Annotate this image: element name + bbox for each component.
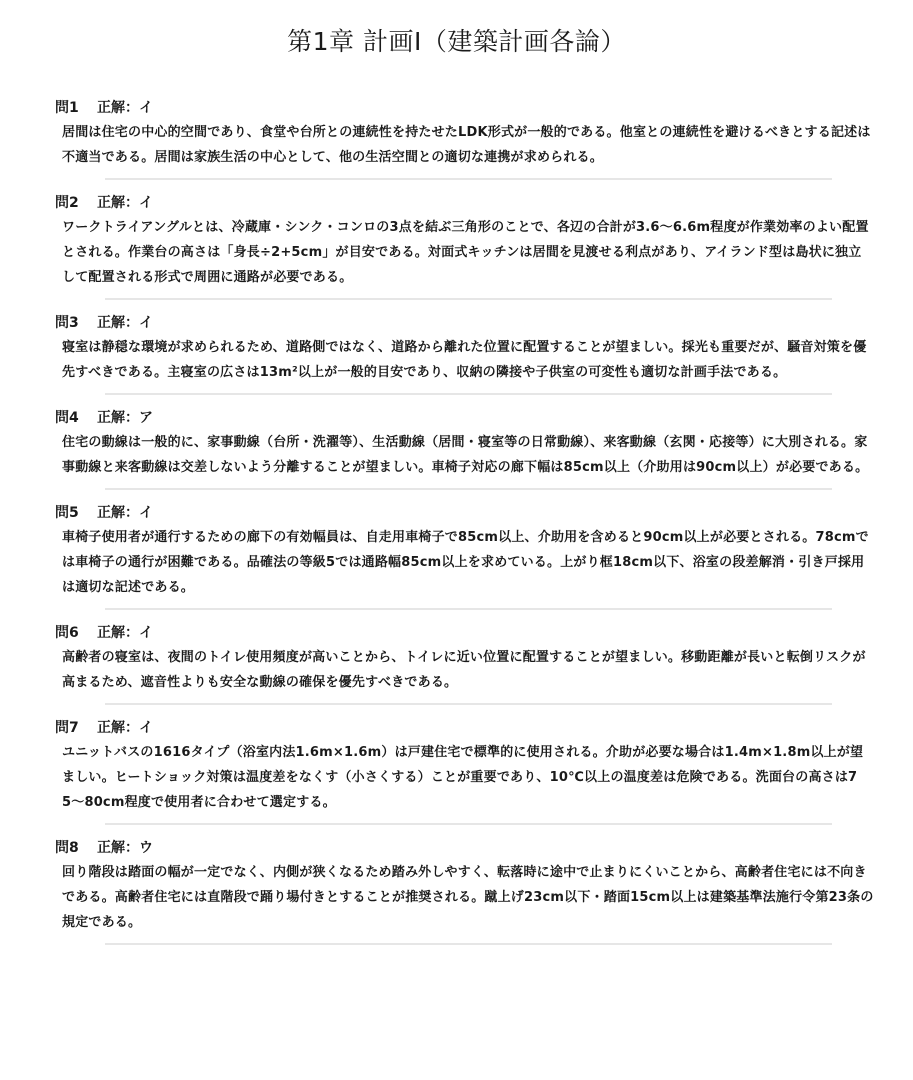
- answer-explanation: 住宅の動線は一般的に、家事動線（台所・洗濯等）、生活動線（居間・寝室等の日常動線…: [62, 430, 874, 480]
- answer-explanation: ユニットバスの1616タイプ（浴室内法1.6m×1.6m）は戸建住宅で標準的に使…: [62, 740, 874, 815]
- divider: [105, 488, 832, 490]
- answer-header: 問1正解：イ: [55, 98, 913, 120]
- answer-explanation: 回り階段は踏面の幅が一定でなく、内側が狭くなるため踏み外しやすく、転落時に途中で…: [62, 860, 874, 935]
- answer-explanation: 車椅子使用者が通行するための廊下の有効幅員は、自走用車椅子で85cm以上、介助用…: [62, 525, 874, 600]
- answer-key-page: 第1章 計画Ⅰ（建築計画各論） 問1正解：イ 居間は住宅の中心的空間であり、食堂…: [0, 0, 913, 1080]
- question-number: 問6: [55, 623, 97, 643]
- question-number: 問2: [55, 193, 97, 213]
- answer-item-8: 問8正解：ウ 回り階段は踏面の幅が一定でなく、内側が狭くなるため踏み外しやすく、…: [0, 838, 913, 945]
- divider: [105, 703, 832, 705]
- correct-answer: 正解：イ: [97, 720, 153, 736]
- answer-explanation: 居間は住宅の中心的空間であり、食堂や台所との連続性を持たせたLDK形式が一般的で…: [62, 120, 874, 170]
- answer-explanation: ワークトライアングルとは、冷蔵庫・シンク・コンロの3点を結ぶ三角形のことで、各辺…: [62, 215, 874, 290]
- answer-item-4: 問4正解：ア 住宅の動線は一般的に、家事動線（台所・洗濯等）、生活動線（居間・寝…: [0, 408, 913, 490]
- question-number: 問1: [55, 98, 97, 118]
- divider: [105, 178, 832, 180]
- divider: [105, 298, 832, 300]
- answer-header: 問2正解：イ: [55, 193, 913, 215]
- correct-answer: 正解：イ: [97, 625, 153, 641]
- correct-answer: 正解：イ: [97, 100, 153, 116]
- answer-explanation: 高齢者の寝室は、夜間のトイレ使用頻度が高いことから、トイレに近い位置に配置するこ…: [62, 645, 874, 695]
- answer-item-2: 問2正解：イ ワークトライアングルとは、冷蔵庫・シンク・コンロの3点を結ぶ三角形…: [0, 193, 913, 300]
- answer-header: 問7正解：イ: [55, 718, 913, 740]
- correct-answer: 正解：イ: [97, 315, 153, 331]
- answer-header: 問8正解：ウ: [55, 838, 913, 860]
- answer-explanation: 寝室は静穏な環境が求められるため、道路側ではなく、道路から離れた位置に配置するこ…: [62, 335, 874, 385]
- correct-answer: 正解：ア: [97, 410, 153, 426]
- question-number: 問3: [55, 313, 97, 333]
- question-number: 問8: [55, 838, 97, 858]
- answer-header: 問6正解：イ: [55, 623, 913, 645]
- correct-answer: 正解：イ: [97, 505, 153, 521]
- answer-header: 問5正解：イ: [55, 503, 913, 525]
- correct-answer: 正解：ウ: [97, 840, 153, 856]
- answer-item-7: 問7正解：イ ユニットバスの1616タイプ（浴室内法1.6m×1.6m）は戸建住…: [0, 718, 913, 825]
- question-number: 問5: [55, 503, 97, 523]
- answer-item-3: 問3正解：イ 寝室は静穏な環境が求められるため、道路側ではなく、道路から離れた位…: [0, 313, 913, 395]
- answer-header: 問4正解：ア: [55, 408, 913, 430]
- answer-item-1: 問1正解：イ 居間は住宅の中心的空間であり、食堂や台所との連続性を持たせたLDK…: [0, 98, 913, 180]
- question-number: 問7: [55, 718, 97, 738]
- question-number: 問4: [55, 408, 97, 428]
- divider: [105, 608, 832, 610]
- divider: [105, 823, 832, 825]
- answer-item-6: 問6正解：イ 高齢者の寝室は、夜間のトイレ使用頻度が高いことから、トイレに近い位…: [0, 623, 913, 705]
- page-title: 第1章 計画Ⅰ（建築計画各論）: [0, 22, 913, 58]
- answer-list: 問1正解：イ 居間は住宅の中心的空間であり、食堂や台所との連続性を持たせたLDK…: [0, 98, 913, 958]
- answer-item-5: 問5正解：イ 車椅子使用者が通行するための廊下の有効幅員は、自走用車椅子で85c…: [0, 503, 913, 610]
- answer-header: 問3正解：イ: [55, 313, 913, 335]
- divider: [105, 393, 832, 395]
- divider: [105, 943, 832, 945]
- correct-answer: 正解：イ: [97, 195, 153, 211]
